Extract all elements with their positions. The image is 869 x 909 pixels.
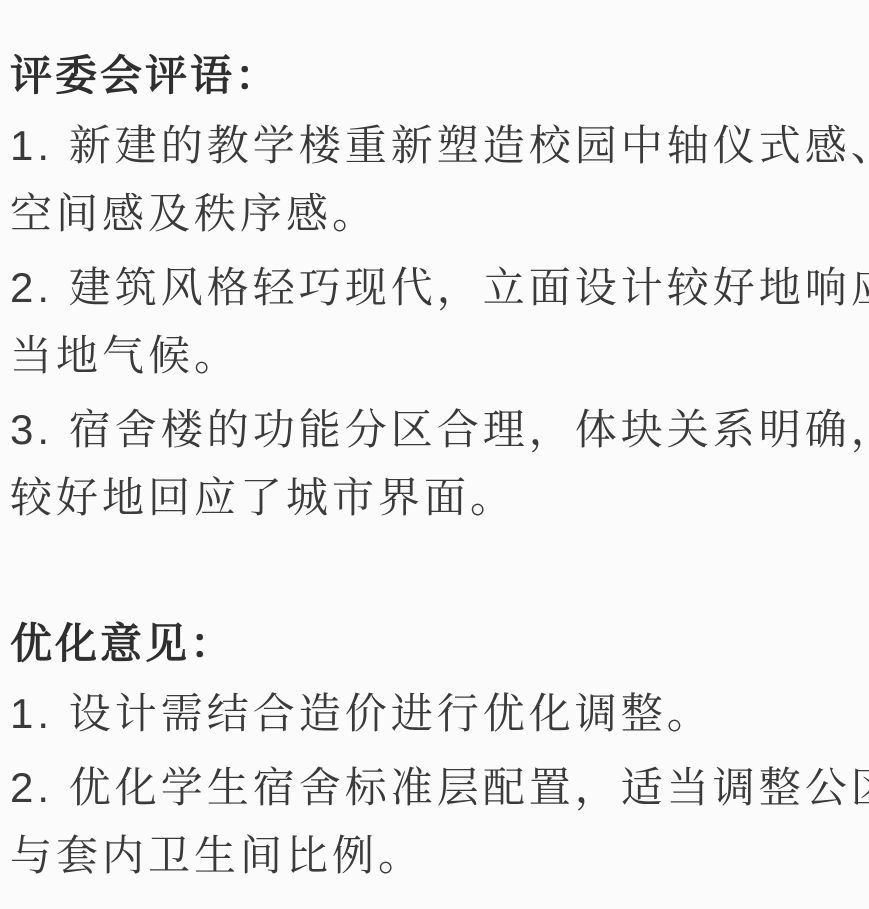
text-line: 2. 优化学生宿舍标准层配置，适当调整公区 (10, 754, 861, 822)
text-line: 3. 宿舍楼的功能分区合理，体块关系明确， (10, 396, 861, 464)
optimization-suggestion-1: 1. 设计需结合造价进行优化调整。 (10, 680, 861, 748)
text-line: 较好地回应了城市界面。 (10, 464, 861, 532)
text-line: 空间感及秩序感。 (10, 180, 861, 248)
document: 评委会评语： 1. 新建的教学楼重新塑造校园中轴仪式感、 空间感及秩序感。 2.… (0, 0, 869, 909)
text-line: 2. 建筑风格轻巧现代，立面设计较好地响应 (10, 254, 861, 322)
text-line: 当地气候。 (10, 322, 861, 390)
section-jury-comments: 评委会评语： 1. 新建的教学楼重新塑造校园中轴仪式感、 空间感及秩序感。 2.… (10, 42, 861, 532)
text-line: 与套内卫生间比例。 (10, 822, 861, 890)
text-line: 1. 设计需结合造价进行优化调整。 (10, 680, 861, 748)
jury-comment-1: 1. 新建的教学楼重新塑造校园中轴仪式感、 空间感及秩序感。 (10, 112, 861, 248)
optimization-suggestion-2: 2. 优化学生宿舍标准层配置，适当调整公区 与套内卫生间比例。 (10, 754, 861, 890)
section-optimization-suggestions: 优化意见： 1. 设计需结合造价进行优化调整。 2. 优化学生宿舍标准层配置，适… (10, 610, 861, 890)
jury-comment-3: 3. 宿舍楼的功能分区合理，体块关系明确， 较好地回应了城市界面。 (10, 396, 861, 532)
jury-comment-2: 2. 建筑风格轻巧现代，立面设计较好地响应 当地气候。 (10, 254, 861, 390)
text-line: 1. 新建的教学楼重新塑造校园中轴仪式感、 (10, 112, 861, 180)
optimization-suggestions-heading: 优化意见： (10, 610, 861, 678)
jury-comments-heading: 评委会评语： (10, 42, 861, 110)
